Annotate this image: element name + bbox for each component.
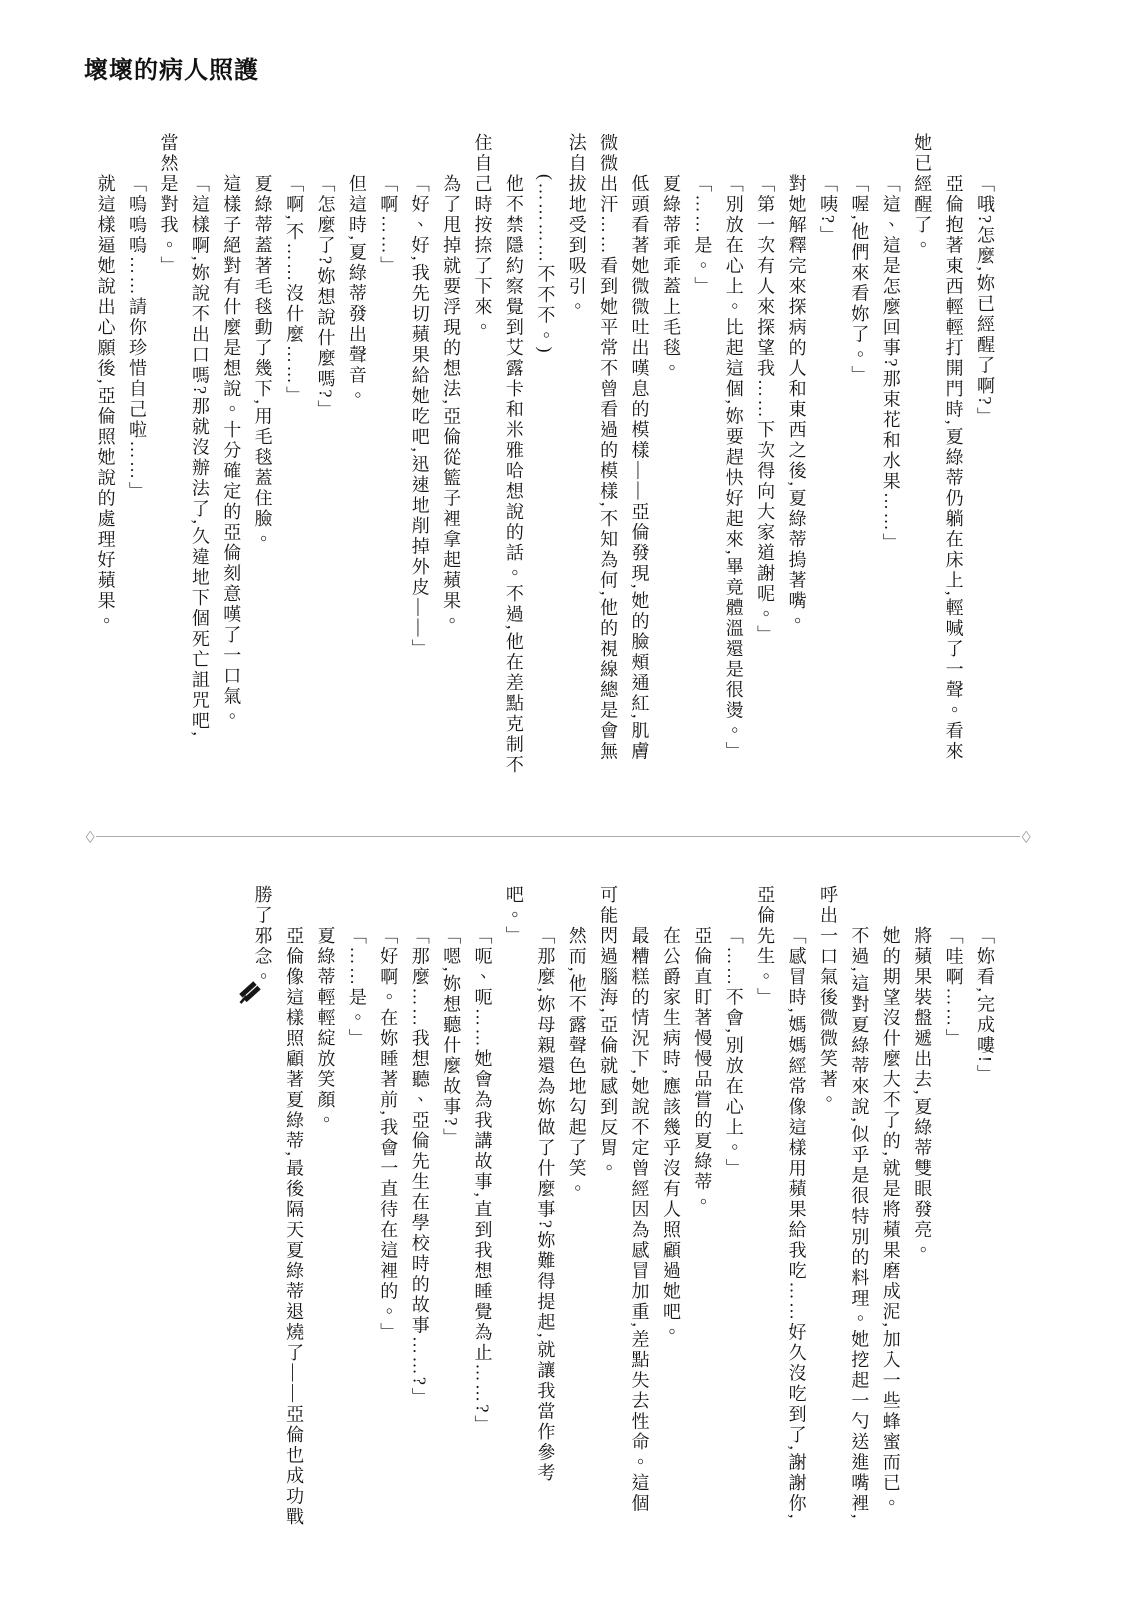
text-line: 當然是對我。」 (152, 133, 183, 813)
chapter-title: 壞壞的病人照護 (84, 50, 259, 85)
text-line: 「咦?」 (812, 133, 843, 813)
text-line: 她已經醒了。 (906, 133, 937, 813)
text-line: 「這、這是怎麼回事?那束花和水果……」 (874, 133, 905, 813)
text-line: 夏綠蒂輕輕綻放笑顏。 (309, 885, 340, 1565)
text-line: 「呃、呃……她會為我講故事,直到我想睡覺為止……?」 (466, 885, 497, 1565)
text-line: 住自己時按捺了下來。 (466, 133, 497, 813)
text-line: 「嗚嗚嗚……請你珍惜自己啦……」 (121, 133, 152, 813)
divider-diamond-left-icon: ◇ (86, 828, 95, 844)
text-line: 吧。」 (498, 885, 529, 1565)
text-line: 他不禁隱約察覺到艾露卡和米雅哈想說的話。不過,他在差點克制不 (498, 133, 529, 813)
text-line: 低頭看著她微微吐出嘆息的模樣——亞倫發現,她的臉頰通紅,肌膚 (623, 133, 654, 813)
text-line: 「哦?怎麼,妳已經醒了啊?」 (969, 133, 1000, 813)
text-line: 「好啊。在妳睡著前,我會一直待在這裡的。」 (372, 885, 403, 1565)
bottom-text-block: 「妳看,完成嘍!」「哇啊……」將蘋果裝盤遞出去,夏綠蒂雙眼發亮。她的期望沒什麼大… (246, 885, 1000, 1565)
text-line: 「……是。」 (686, 133, 717, 813)
text-line: 「嗯,妳想聽什麼故事?」 (435, 885, 466, 1565)
text-line: 「這樣啊,妳說不出口嗎?那就沒辦法了,久違地下個死亡詛咒吧, (183, 133, 214, 813)
divider-line (96, 836, 1019, 837)
text-line: 呼出一口氣後微微笑著。 (812, 885, 843, 1565)
text-line: 亞倫直盯著慢慢品嘗的夏綠蒂。 (686, 885, 717, 1565)
text-line: 「妳看,完成嘍!」 (969, 885, 1000, 1565)
text-line: 「感冒時,媽媽經常像這樣用蘋果給我吃……好久沒吃到了,謝謝你, (780, 885, 811, 1565)
text-line: 亞倫抱著東西輕輕打開門時,夏綠蒂仍躺在床上,輕喊了一聲。看來 (937, 133, 968, 813)
text-line: 亞倫像這樣照顧著夏綠蒂,最後隔天夏綠蒂退燒了——亞倫也成功戰 (278, 885, 309, 1565)
book-page: 壞壞的病人照護 「哦?怎麼,妳已經醒了啊?」亞倫抱著東西輕輕打開門時,夏綠蒂仍躺… (0, 0, 1129, 1600)
text-line: 「啊……」 (372, 133, 403, 813)
section-divider: ◇ ◇ (84, 828, 1032, 844)
text-line: 「別放在心上。比起這個,妳要趕快好起來,畢竟體溫還是很燙。」 (717, 133, 748, 813)
text-line: 可能閃過腦海,亞倫就感到反胃。 (592, 885, 623, 1565)
text-line: 這樣子絕對有什麼是想說。十分確定的亞倫刻意嘆了一口氣。 (215, 133, 246, 813)
text-line: 「……是。」 (340, 885, 371, 1565)
text-line: 在公爵家生病時,應該幾乎沒有人照顧過她吧。 (655, 885, 686, 1565)
text-line: 亞倫先生。」 (749, 885, 780, 1565)
text-line: 不過,這對夏綠蒂來說,似乎是很特別的料理。她挖起一勺送進嘴裡, (843, 885, 874, 1565)
text-line: 夏綠蒂乖乖蓋上毛毯。 (655, 133, 686, 813)
text-line: 然而,他不露聲色地勾起了笑。 (560, 885, 591, 1565)
text-line: 「哇啊……」 (937, 885, 968, 1565)
text-line: 「好、好,我先切蘋果給她吃吧,迅速地削掉外皮——」 (403, 133, 434, 813)
text-line: 最糟糕的情況下,她說不定曾經因為感冒加重,差點失去性命。這個 (623, 885, 654, 1565)
text-line: 法自拔地受到吸引。 (560, 133, 591, 813)
text-line: 「怎麼了?妳想說什麼嗎?」 (309, 133, 340, 813)
text-line: 「喔,他們來看妳了。」 (843, 133, 874, 813)
text-line: 「那麼……我想聽、亞倫先生在學校時的故事……?」 (403, 885, 434, 1565)
text-line: 她的期望沒什麼大不了的,就是將蘋果磨成泥,加入一些蜂蜜而已。 (874, 885, 905, 1565)
text-line: 對她解釋完來探病的人和東西之後,夏綠蒂摀著嘴。 (780, 133, 811, 813)
text-line: 為了甩掉就要浮現的想法,亞倫從籃子裡拿起蘋果。 (435, 133, 466, 813)
text-line: 微微出汗……看到她平常不曾看過的模樣,不知為何,他的視線總是會無 (592, 133, 623, 813)
text-line: (…………不不不。) (529, 133, 560, 813)
section-end-icon (237, 978, 263, 1006)
top-text-block: 「哦?怎麼,妳已經醒了啊?」亞倫抱著東西輕輕打開門時,夏綠蒂仍躺在床上,輕喊了一… (89, 133, 1000, 813)
text-line: 就這樣逼她說出心願後,亞倫照她說的處理好蘋果。 (89, 133, 120, 813)
text-line: 但這時,夏綠蒂發出聲音。 (340, 133, 371, 813)
text-line: 將蘋果裝盤遞出去,夏綠蒂雙眼發亮。 (906, 885, 937, 1565)
text-line: 「……不會,別放在心上。」 (717, 885, 748, 1565)
text-line: 夏綠蒂蓋著毛毯動了幾下,用毛毯蓋住臉。 (246, 133, 277, 813)
text-line: 「第一次有人來探望我……下次得向大家道謝呢。」 (749, 133, 780, 813)
text-line: 「啊,不……沒什麼……」 (278, 133, 309, 813)
divider-diamond-right-icon: ◇ (1021, 828, 1030, 844)
text-line: 「那麼,妳母親還為妳做了什麼事?妳難得提起,就讓我當作參考 (529, 885, 560, 1565)
